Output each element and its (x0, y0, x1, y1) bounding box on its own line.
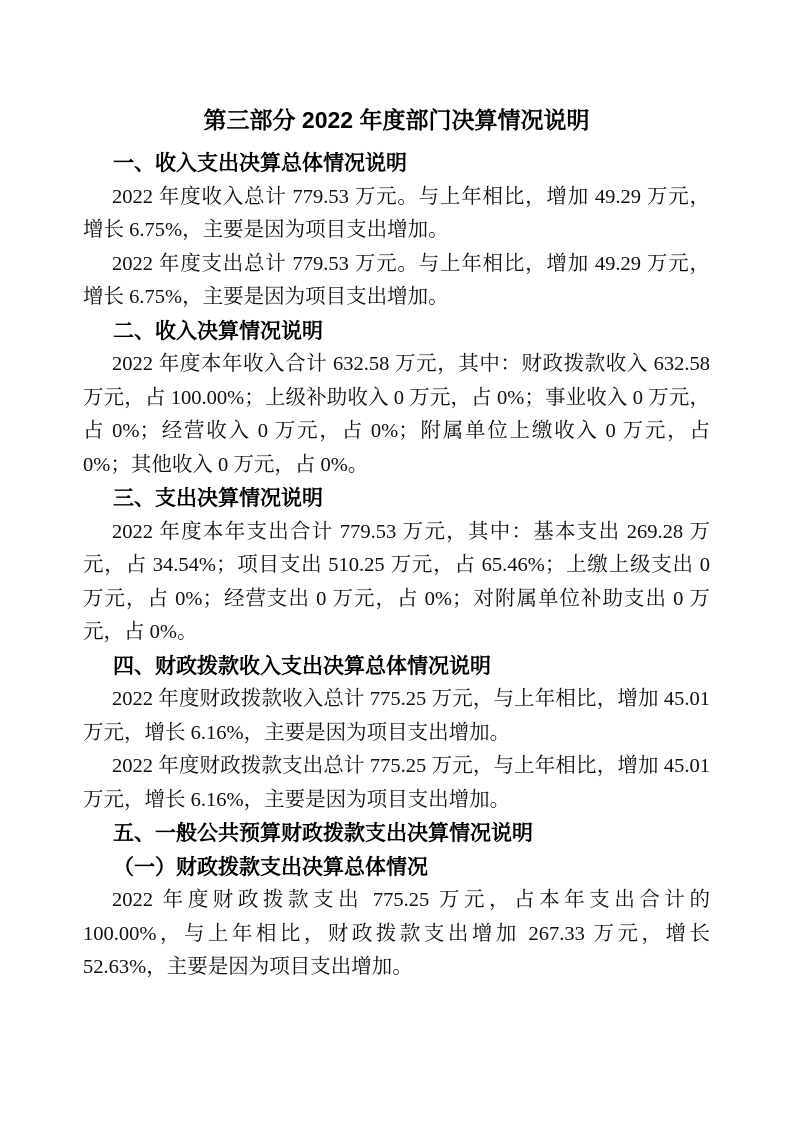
document-page: 第三部分 2022 年度部门决算情况说明 一、收入支出决算总体情况说明 2022… (0, 0, 793, 1122)
section-5-paragraph: 2022 年度财政拨款支出 775.25 万元，占本年支出合计的 100.00%… (83, 884, 710, 985)
section-1-heading: 一、收入支出决算总体情况说明 (83, 147, 710, 181)
section-2-heading: 二、收入决算情况说明 (83, 315, 710, 349)
section-5-heading: 五、一般公共预算财政拨款支出决算情况说明 (83, 817, 710, 851)
section-4-heading: 四、财政拨款收入支出决算总体情况说明 (83, 650, 710, 684)
section-4-paragraph-expense: 2022 年度财政拨款支出总计 775.25 万元，与上年相比，增加 45.01… (83, 750, 710, 817)
section-fiscal-appropriation-overview: 四、财政拨款收入支出决算总体情况说明 2022 年度财政拨款收入总计 775.2… (83, 650, 710, 818)
section-income-final-accounts: 二、收入决算情况说明 2022 年度本年收入合计 632.58 万元，其中：财政… (83, 315, 710, 483)
section-4-paragraph-income: 2022 年度财政拨款收入总计 775.25 万元，与上年相比，增加 45.01… (83, 683, 710, 750)
document-title: 第三部分 2022 年度部门决算情况说明 (83, 103, 710, 137)
section-3-paragraph: 2022 年度本年支出合计 779.53 万元，其中：基本支出 269.28 万… (83, 516, 710, 650)
section-2-paragraph: 2022 年度本年收入合计 632.58 万元，其中：财政拨款收入 632.58… (83, 348, 710, 482)
section-3-heading: 三、支出决算情况说明 (83, 482, 710, 516)
section-1-paragraph-expense: 2022 年度支出总计 779.53 万元。与上年相比，增加 49.29 万元，… (83, 248, 710, 315)
section-5-subheading: （一）财政拨款支出决算总体情况 (83, 851, 710, 885)
section-general-public-budget: 五、一般公共预算财政拨款支出决算情况说明 （一）财政拨款支出决算总体情况 202… (83, 817, 710, 985)
section-1-paragraph-income: 2022 年度收入总计 779.53 万元。与上年相比，增加 49.29 万元，… (83, 181, 710, 248)
section-expense-final-accounts: 三、支出决算情况说明 2022 年度本年支出合计 779.53 万元，其中：基本… (83, 482, 710, 650)
section-income-expense-overview: 一、收入支出决算总体情况说明 2022 年度收入总计 779.53 万元。与上年… (83, 147, 710, 315)
